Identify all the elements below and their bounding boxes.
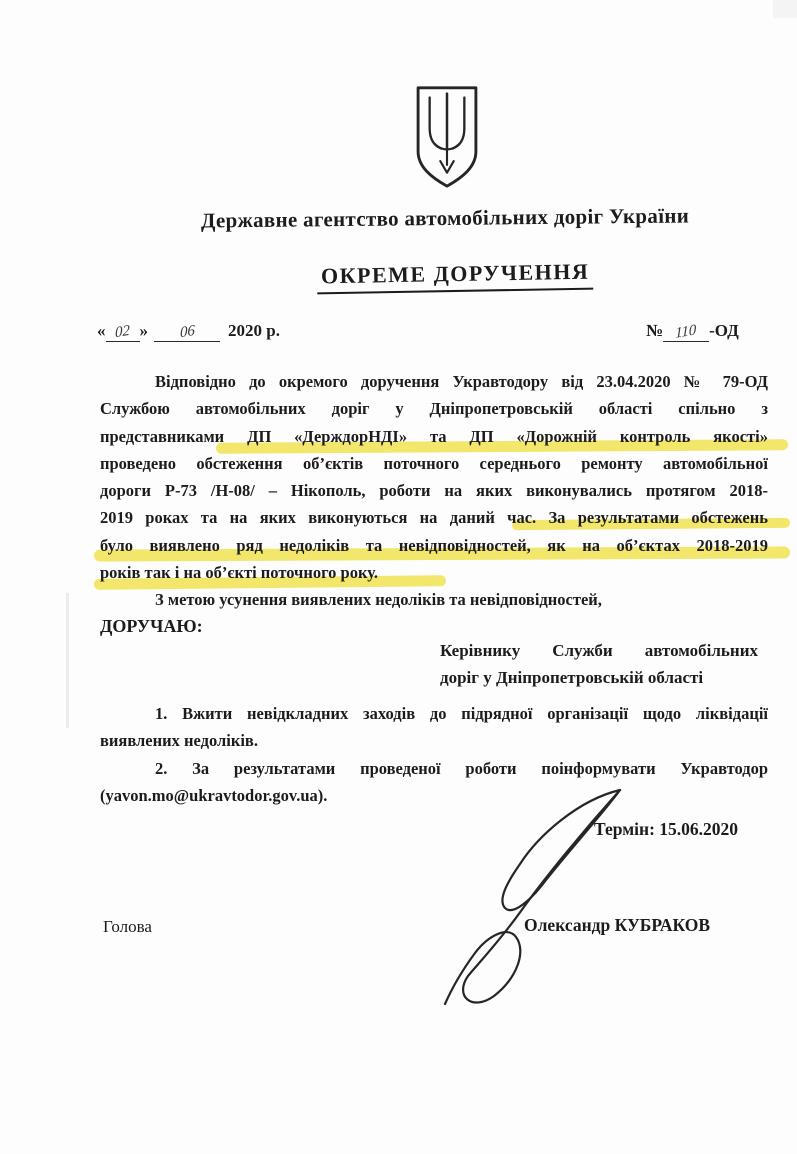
- paragraph-line: виявлених недоліків.: [100, 727, 768, 754]
- paragraph-line: проведено обстеження об’єктів поточного …: [100, 450, 768, 477]
- paragraph-line: 1. Вжити невідкладних заходів до підрядн…: [100, 700, 768, 727]
- date-close-quote: »: [140, 321, 149, 340]
- number-prefix: №: [646, 321, 663, 340]
- document-title-wrap: ОКРЕМЕ ДОРУЧЕННЯ: [160, 261, 750, 292]
- date-day-underline: 02: [106, 321, 140, 342]
- main-paragraph: Відповідно до окремого доручення Укравто…: [100, 368, 768, 586]
- handwritten-month: 06: [179, 323, 194, 343]
- scan-artifact-patch: [773, 0, 797, 18]
- purpose-line: З метою усунення виявлених недоліків та …: [100, 586, 797, 613]
- scanned-document-page: Державне агентство автомобільних доріг У…: [0, 0, 797, 1154]
- number-underline: 110: [663, 321, 709, 342]
- paragraph-line: Службою автомобільних доріг у Дніпропетр…: [100, 395, 768, 422]
- date-open-quote: «: [97, 321, 106, 340]
- signature-icon: [428, 776, 653, 1016]
- addressee-line: доріг у Дніпропетровській області: [440, 664, 758, 691]
- paragraph-line: Відповідно до окремого доручення Укравто…: [100, 368, 768, 395]
- addressee-block: Керівнику Служби автомобільних доріг у Д…: [440, 637, 758, 691]
- handwritten-day: 02: [115, 323, 130, 343]
- order-label: ДОРУЧАЮ:: [100, 616, 203, 637]
- paragraph-line: представниками ДП «ДерждорНДІ» та ДП «До…: [100, 423, 768, 450]
- date-line: «02»062020 р.: [97, 321, 280, 342]
- paragraph-line: років так і на об’єкті поточного року.: [100, 559, 768, 586]
- handwritten-number: 110: [675, 322, 696, 343]
- paragraph-line: 2019 роках та на яких виконуються на дан…: [100, 504, 768, 531]
- signer-name: Олександр КУБРАКОВ: [524, 915, 710, 936]
- organization-name: Державне агентство автомобільних доріг У…: [120, 203, 770, 235]
- addressee-line: Керівнику Служби автомобільних: [440, 637, 758, 664]
- document-title: ОКРЕМЕ ДОРУЧЕННЯ: [317, 259, 594, 295]
- paragraph-line: дороги Р-73 /Н-08/ – Нікополь, роботи на…: [100, 477, 768, 504]
- order-item-1: 1. Вжити невідкладних заходів до підрядн…: [100, 700, 768, 755]
- number-suffix: -ОД: [709, 321, 739, 340]
- paragraph-line: було виявлено ряд недоліків та невідпові…: [100, 532, 768, 559]
- scan-artifact-mark: [66, 593, 69, 728]
- date-year: 2020 р.: [228, 321, 280, 340]
- document-number-line: №110-ОД: [646, 321, 739, 342]
- tryzub-emblem-icon: [412, 84, 482, 195]
- signer-title: Голова: [103, 917, 152, 937]
- date-month-underline: 06: [154, 321, 220, 342]
